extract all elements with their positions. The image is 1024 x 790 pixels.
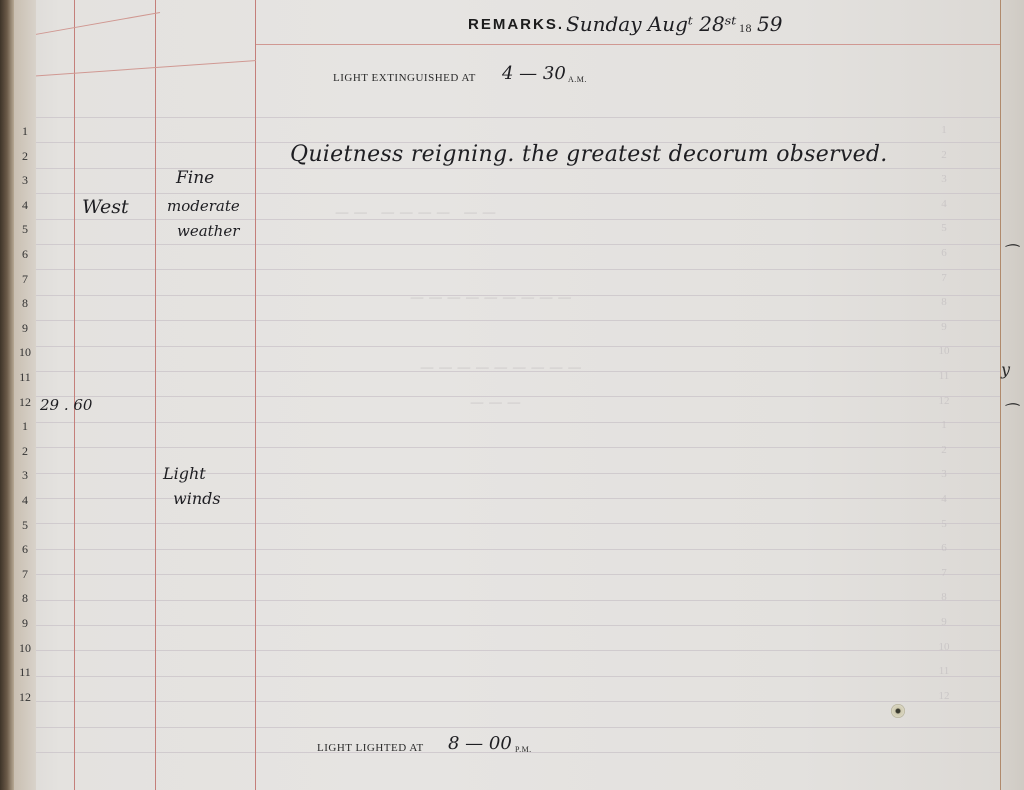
rule-line bbox=[36, 625, 1000, 626]
column-divider-2 bbox=[155, 0, 156, 790]
hour-label: 3 bbox=[14, 173, 36, 188]
hour-label: 2 bbox=[14, 444, 36, 459]
light-lighted-label: LIGHT LIGHTED AT bbox=[317, 742, 424, 754]
book-binding bbox=[0, 0, 14, 790]
bleed-through-text: — — — — — — — — — bbox=[420, 360, 582, 376]
header-rule bbox=[256, 44, 1000, 45]
column-divider-1 bbox=[74, 0, 75, 790]
rule-line bbox=[36, 676, 1000, 677]
rule-line bbox=[36, 549, 1000, 550]
bleed-through-hour: 3 bbox=[935, 468, 953, 480]
bleed-through-hour: 11 bbox=[935, 665, 953, 677]
light-extinguished-am: A.M. bbox=[568, 75, 587, 84]
hour-label: 8 bbox=[14, 296, 36, 311]
hour-label: 7 bbox=[14, 567, 36, 582]
rule-line bbox=[36, 447, 1000, 448]
bleed-through-hour: 1 bbox=[935, 124, 953, 136]
hour-label: 1 bbox=[14, 419, 36, 434]
rule-line bbox=[36, 346, 1000, 347]
hour-label: 3 bbox=[14, 468, 36, 483]
column-divider-3 bbox=[255, 0, 256, 790]
hour-label: 9 bbox=[14, 321, 36, 336]
rule-line bbox=[36, 574, 1000, 575]
rule-line bbox=[36, 523, 1000, 524]
bleed-through-hour: 10 bbox=[935, 345, 953, 357]
bleed-through-hour: 6 bbox=[935, 542, 953, 554]
adjacent-page-edge: ⁀ y ⁀ bbox=[1000, 0, 1024, 790]
hour-label: 12 bbox=[14, 690, 36, 705]
hour-label: 12 bbox=[14, 395, 36, 410]
light-lighted-time: 8 — 00 bbox=[448, 733, 512, 754]
rule-line bbox=[36, 600, 1000, 601]
weather-pm-line-1: Light bbox=[163, 464, 206, 483]
edge-mark: ⁀ bbox=[1003, 403, 1016, 422]
rule-line bbox=[36, 269, 1000, 270]
header-rule-curve bbox=[21, 60, 256, 77]
bleed-through-hour: 7 bbox=[935, 567, 953, 579]
weather-line-3: weather bbox=[177, 222, 239, 240]
bleed-through-hour: 2 bbox=[935, 149, 953, 161]
bleed-through-hour: 4 bbox=[935, 198, 953, 210]
rule-line bbox=[36, 650, 1000, 651]
remarks-text: Quietness reigning. the greatest decorum… bbox=[290, 142, 888, 167]
bleed-through-hour: 7 bbox=[935, 272, 953, 284]
bleed-through-text: — — — — — — — — bbox=[335, 205, 496, 221]
light-lighted-pm: P.M. bbox=[515, 745, 532, 754]
hour-label: 1 bbox=[14, 124, 36, 139]
hour-label: 4 bbox=[14, 493, 36, 508]
bleed-through-hour: 9 bbox=[935, 616, 953, 628]
hour-label: 7 bbox=[14, 272, 36, 287]
hour-label: 5 bbox=[14, 222, 36, 237]
bleed-through-hour: 8 bbox=[935, 296, 953, 308]
bleed-through-hour: 5 bbox=[935, 222, 953, 234]
wind-direction: West bbox=[82, 196, 129, 218]
remarks-heading: REMARKS. bbox=[468, 16, 564, 33]
bleed-through-hour: 8 bbox=[935, 591, 953, 603]
hour-label: 2 bbox=[14, 149, 36, 164]
hour-label: 8 bbox=[14, 591, 36, 606]
ledger-page: REMARKS. Sunday Augᵗ 28ˢᵗ 18 59 LIGHT EX… bbox=[0, 0, 1000, 790]
weather-line-1: Fine bbox=[176, 168, 214, 188]
rule-line bbox=[36, 320, 1000, 321]
page-hole bbox=[891, 704, 905, 718]
top-rule-curve bbox=[22, 12, 160, 37]
bleed-through-text: — — — bbox=[470, 395, 521, 411]
bleed-through-hour: 12 bbox=[935, 395, 953, 407]
bleed-through-hour: 6 bbox=[935, 247, 953, 259]
hour-label: 4 bbox=[14, 198, 36, 213]
rule-line bbox=[36, 219, 1000, 220]
bleed-through-hour: 9 bbox=[935, 321, 953, 333]
hour-label: 11 bbox=[14, 665, 36, 680]
hour-label: 10 bbox=[14, 641, 36, 656]
hour-label: 5 bbox=[14, 518, 36, 533]
rule-line bbox=[36, 422, 1000, 423]
rule-line bbox=[36, 727, 1000, 728]
hour-label: 6 bbox=[14, 542, 36, 557]
rule-line bbox=[36, 117, 1000, 118]
bleed-through-hour: 1 bbox=[935, 419, 953, 431]
bleed-through-hour: 10 bbox=[935, 641, 953, 653]
year-prefix: 18 bbox=[739, 21, 752, 36]
bleed-through-hour: 4 bbox=[935, 493, 953, 505]
bleed-through-hour: 12 bbox=[935, 690, 953, 702]
weather-line-2: moderate bbox=[167, 197, 240, 215]
edge-mark: y bbox=[1001, 360, 1010, 379]
light-extinguished-label: LIGHT EXTINGUISHED AT bbox=[333, 72, 476, 84]
bleed-through-text: — — — — — — — — — bbox=[410, 290, 572, 306]
year-suffix: 59 bbox=[757, 12, 782, 36]
bleed-through-hour: 3 bbox=[935, 173, 953, 185]
hour-label: 9 bbox=[14, 616, 36, 631]
hour-label: 6 bbox=[14, 247, 36, 262]
edge-mark: ⁀ bbox=[1003, 244, 1016, 263]
bleed-through-hour: 5 bbox=[935, 518, 953, 530]
hour-label: 10 bbox=[14, 345, 36, 360]
light-extinguished-time: 4 — 30 bbox=[502, 63, 566, 84]
rule-line bbox=[36, 244, 1000, 245]
hour-label: 11 bbox=[14, 370, 36, 385]
barometer-reading: 29 . 60 bbox=[40, 396, 92, 414]
rule-line bbox=[36, 701, 1000, 702]
date-handwritten: Sunday Augᵗ 28ˢᵗ bbox=[566, 12, 736, 36]
rule-line bbox=[36, 193, 1000, 194]
bleed-through-hour: 2 bbox=[935, 444, 953, 456]
bleed-through-hour: 11 bbox=[935, 370, 953, 382]
weather-pm-line-2: winds bbox=[173, 489, 221, 508]
